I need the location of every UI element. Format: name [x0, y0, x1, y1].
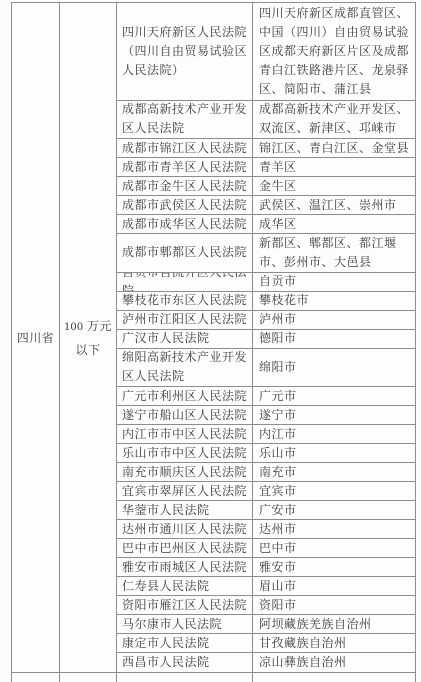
- court-cell: 攀枝花市东区人民法院: [117, 292, 253, 310]
- court-name: 成都市青羊区人民法院: [122, 158, 247, 176]
- court-name: 泸州市江阳区人民法院: [122, 311, 247, 329]
- court-cell: 广汉市人民法院: [117, 330, 253, 348]
- court-cell: 成都市成华区人民法院: [117, 215, 253, 233]
- jurisdiction-cell: 广元市: [253, 387, 415, 405]
- court-cell: 广元市利州区人民法院: [117, 387, 253, 405]
- court-name: 巴中市巴州区人民法院: [122, 539, 247, 557]
- court-cell: 达州市通川区人民法院: [117, 520, 253, 538]
- table-row: 资阳市雁江区人民法院 资阳市: [117, 596, 415, 615]
- court-cell: 成都高新技术产业开发区人民法院: [117, 101, 253, 139]
- court-cell: 华蓥市人民法院: [117, 501, 253, 519]
- jurisdiction-text: 雅安市: [259, 558, 297, 576]
- province-label: 四川省: [17, 329, 55, 346]
- jurisdiction-text: 青羊区: [259, 158, 297, 176]
- court-cell: 南充市顺庆区人民法院: [117, 463, 253, 481]
- court-cell: 仁寿县人民法院: [117, 577, 253, 595]
- court-cell: 自贡市自流井区人民法院: [117, 273, 253, 291]
- court-name: 广元市利州区人民法院: [122, 387, 247, 405]
- court-name: 成都市郫都区人民法院: [122, 243, 247, 262]
- court-name: 成都高新技术产业开发区人民法院: [122, 101, 249, 139]
- province-section: 四川省 100 万元以下 四川天府新区人民法院（四川自由贸易试验区人民法院） 四…: [12, 3, 415, 673]
- table-row: 成都市武侯区人民法院 武侯区、温江区、崇州市: [117, 196, 415, 215]
- jurisdiction-text: 资阳市: [259, 596, 297, 614]
- court-cell: [117, 673, 253, 682]
- jurisdiction-text: 广元市: [259, 387, 297, 405]
- scanned-document-page: 四川省 100 万元以下 四川天府新区人民法院（四川自由贸易试验区人民法院） 四…: [0, 0, 421, 682]
- jurisdiction-text: 广安市: [259, 501, 297, 519]
- jurisdiction-text: 甘孜藏族自治州: [259, 634, 347, 652]
- court-name: 雅安市雨城区人民法院: [122, 558, 247, 576]
- jurisdiction-cell: 宜宾市: [253, 482, 415, 500]
- court-cell: 遂宁市船山区人民法院: [117, 406, 253, 424]
- table-row: 巴中市巴州区人民法院 巴中市: [117, 539, 415, 558]
- table-row: 遂宁市船山区人民法院 遂宁市: [117, 406, 415, 425]
- jurisdiction-text: 自贡市: [259, 273, 297, 291]
- jurisdiction-text: 泸州市: [259, 311, 297, 329]
- table-row: 成都市锦江区人民法院 锦江区、青白江区、金堂县: [117, 139, 415, 158]
- court-name: 成都市成华区人民法院: [122, 215, 247, 233]
- table-row: 绵阳高新技术产业开发区人民法院 绵阳市: [117, 349, 415, 388]
- jurisdiction-cell: 德阳市: [253, 330, 415, 348]
- jurisdiction-cell: 南充市: [253, 463, 415, 481]
- jurisdiction-text: 宜宾市: [259, 482, 297, 500]
- court-cell: 内江市市中区人民法院: [117, 425, 253, 443]
- jurisdiction-text: 成华区: [259, 215, 297, 233]
- jurisdiction-text: 乐山市: [259, 444, 297, 462]
- jurisdiction-text: 达州市: [259, 520, 297, 538]
- court-name: 自贡市自流井区人民法院: [122, 273, 249, 291]
- court-cell: 成都市锦江区人民法院: [117, 139, 253, 157]
- table-row: 雅安市雨城区人民法院 雅安市: [117, 558, 415, 577]
- jurisdiction-cell: 乐山市: [253, 444, 415, 462]
- jurisdiction-cell: 新都区、郫都区、都江堰市、彭州市、大邑县: [253, 234, 415, 272]
- jurisdiction-cell: 达州市: [253, 520, 415, 538]
- jurisdiction-cell: [253, 673, 415, 682]
- court-name: 成都市锦江区人民法院: [122, 139, 247, 157]
- court-cell: 巴中市巴州区人民法院: [117, 539, 253, 557]
- jurisdiction-cell: 内江市: [253, 425, 415, 443]
- jurisdiction-text: 南充市: [259, 463, 297, 481]
- jurisdiction-cell: 凉山彝族自治州: [253, 653, 415, 672]
- jurisdiction-cell: 泸州市: [253, 311, 415, 329]
- table-row: 广元市利州区人民法院 广元市: [117, 387, 415, 406]
- jurisdiction-cell: 资阳市: [253, 596, 415, 614]
- court-name: 内江市市中区人民法院: [122, 425, 247, 443]
- court-name: 华蓥市人民法院: [122, 501, 210, 519]
- court-cell: 四川天府新区人民法院（四川自由贸易试验区人民法院）: [117, 3, 253, 100]
- court-cell: 马尔康市人民法院: [117, 615, 253, 633]
- jurisdiction-text: 阿坝藏族羌族自治州: [259, 615, 372, 633]
- jurisdiction-cell: 金牛区: [253, 177, 415, 195]
- jurisdiction-cell: 绵阳市: [253, 349, 415, 387]
- court-name: 马尔康市人民法院: [122, 615, 222, 633]
- table-row: 成都市郫都区人民法院 新都区、郫都区、都江堰市、彭州市、大邑县: [117, 234, 415, 273]
- table-row: 达州市通川区人民法院 达州市: [117, 520, 415, 539]
- court-name: 南充市顺庆区人民法院: [122, 463, 247, 481]
- jurisdiction-text: 四川天府新区成都直管区、中国（四川）自由贸易试验区成都天府新区片区及成都青白江铁…: [259, 4, 412, 99]
- table-row: 成都高新技术产业开发区人民法院 成都高新技术产业开发区、双流区、新津区、邛崃市: [117, 101, 415, 140]
- court-name: 遂宁市船山区人民法院: [122, 406, 247, 424]
- table-row: 马尔康市人民法院 阿坝藏族羌族自治州: [117, 615, 415, 634]
- table-row: 成都市成华区人民法院 成华区: [117, 215, 415, 234]
- jurisdiction-text: 德阳市: [259, 330, 297, 348]
- amount-threshold-cell: [60, 673, 117, 682]
- table-row: 广汉市人民法院 德阳市: [117, 330, 415, 349]
- jurisdiction-text: 内江市: [259, 425, 297, 443]
- court-name: 资阳市雁江区人民法院: [122, 596, 247, 614]
- jurisdiction-text: 金牛区: [259, 177, 297, 195]
- court-cell: 成都市郫都区人民法院: [117, 234, 253, 272]
- court-cell: 泸州市江阳区人民法院: [117, 311, 253, 329]
- jurisdiction-cell: 甘孜藏族自治州: [253, 634, 415, 652]
- court-cell: 宜宾市翠屏区人民法院: [117, 482, 253, 500]
- table-row: 攀枝花市东区人民法院 攀枝花市: [117, 292, 415, 311]
- table-row: 泸州市江阳区人民法院 泸州市: [117, 311, 415, 330]
- jurisdiction-cell: 阿坝藏族羌族自治州: [253, 615, 415, 633]
- court-name: 四川天府新区人民法院（四川自由贸易试验区人民法院）: [122, 23, 249, 80]
- table-row: 康定市人民法院 甘孜藏族自治州: [117, 634, 415, 653]
- province-cell: [12, 673, 60, 682]
- table-row: 南充市顺庆区人民法院 南充市: [117, 463, 415, 482]
- table-row: 内江市市中区人民法院 内江市: [117, 425, 415, 444]
- table-row: 成都市金牛区人民法院 金牛区: [117, 177, 415, 196]
- jurisdiction-text: 攀枝花市: [259, 292, 309, 310]
- court-name: 绵阳高新技术产业开发区人民法院: [122, 349, 249, 387]
- jurisdiction-text: 武侯区、温江区、崇州市: [259, 196, 397, 214]
- jurisdiction-text: 锦江区、青白江区、金堂县: [259, 139, 409, 157]
- table-row: 四川天府新区人民法院（四川自由贸易试验区人民法院） 四川天府新区成都直管区、中国…: [117, 3, 415, 101]
- province-cell: 四川省: [12, 3, 60, 672]
- jurisdiction-cell: 成都高新技术产业开发区、双流区、新津区、邛崃市: [253, 101, 415, 139]
- table-row: 宜宾市翠屏区人民法院 宜宾市: [117, 482, 415, 501]
- jurisdiction-text: 遂宁市: [259, 406, 297, 424]
- court-cell: 乐山市市中区人民法院: [117, 444, 253, 462]
- jurisdiction-cell: 青羊区: [253, 158, 415, 176]
- jurisdiction-text: 巴中市: [259, 539, 297, 557]
- jurisdiction-text: 眉山市: [259, 577, 297, 595]
- table-row: 西昌市人民法院 凉山彝族自治州: [117, 653, 415, 672]
- jurisdiction-cell: 遂宁市: [253, 406, 415, 424]
- court-cell: 雅安市雨城区人民法院: [117, 558, 253, 576]
- court-cell: 成都市武侯区人民法院: [117, 196, 253, 214]
- amount-threshold-label: 100 万元以下: [63, 314, 113, 362]
- jurisdiction-cell: 巴中市: [253, 539, 415, 557]
- next-section-partial-row: [12, 673, 415, 682]
- jurisdiction-cell: 锦江区、青白江区、金堂县: [253, 139, 415, 157]
- court-cell: 康定市人民法院: [117, 634, 253, 652]
- jurisdiction-table: 四川省 100 万元以下 四川天府新区人民法院（四川自由贸易试验区人民法院） 四…: [11, 2, 416, 682]
- court-name: 达州市通川区人民法院: [122, 520, 247, 538]
- jurisdiction-cell: 雅安市: [253, 558, 415, 576]
- amount-threshold-cell: 100 万元以下: [60, 3, 117, 672]
- jurisdiction-cell: 武侯区、温江区、崇州市: [253, 196, 415, 214]
- court-name: 西昌市人民法院: [122, 653, 210, 672]
- jurisdiction-text: 新都区、郫都区、都江堰市、彭州市、大邑县: [259, 234, 412, 272]
- table-row: 仁寿县人民法院 眉山市: [117, 577, 415, 596]
- jurisdiction-cell: 广安市: [253, 501, 415, 519]
- jurisdiction-cell: 攀枝花市: [253, 292, 415, 310]
- court-name: 仁寿县人民法院: [122, 577, 210, 595]
- table-row: 自贡市自流井区人民法院 自贡市: [117, 273, 415, 292]
- court-cell: 西昌市人民法院: [117, 653, 253, 672]
- court-cell: 成都市青羊区人民法院: [117, 158, 253, 176]
- jurisdiction-cell: 眉山市: [253, 577, 415, 595]
- court-name: 乐山市市中区人民法院: [122, 444, 247, 462]
- jurisdiction-text: 绵阳市: [259, 358, 297, 377]
- court-name: 成都市金牛区人民法院: [122, 177, 247, 195]
- jurisdiction-cell: 自贡市: [253, 273, 415, 291]
- court-name: 宜宾市翠屏区人民法院: [122, 482, 247, 500]
- court-name: 攀枝花市东区人民法院: [122, 292, 247, 310]
- court-cell: 资阳市雁江区人民法院: [117, 596, 253, 614]
- table-row: 成都市青羊区人民法院 青羊区: [117, 158, 415, 177]
- court-name: 康定市人民法院: [122, 634, 210, 652]
- table-row: 乐山市市中区人民法院 乐山市: [117, 444, 415, 463]
- court-name: 广汉市人民法院: [122, 330, 210, 348]
- jurisdiction-cell: 四川天府新区成都直管区、中国（四川）自由贸易试验区成都天府新区片区及成都青白江铁…: [253, 3, 415, 100]
- table-row: 华蓥市人民法院 广安市: [117, 501, 415, 520]
- court-rows: 四川天府新区人民法院（四川自由贸易试验区人民法院） 四川天府新区成都直管区、中国…: [117, 3, 415, 672]
- jurisdiction-text: 成都高新技术产业开发区、双流区、新津区、邛崃市: [259, 101, 412, 139]
- court-name: 成都市武侯区人民法院: [122, 196, 247, 214]
- court-cell: 成都市金牛区人民法院: [117, 177, 253, 195]
- jurisdiction-text: 凉山彝族自治州: [259, 653, 347, 672]
- jurisdiction-cell: 成华区: [253, 215, 415, 233]
- court-cell: 绵阳高新技术产业开发区人民法院: [117, 349, 253, 387]
